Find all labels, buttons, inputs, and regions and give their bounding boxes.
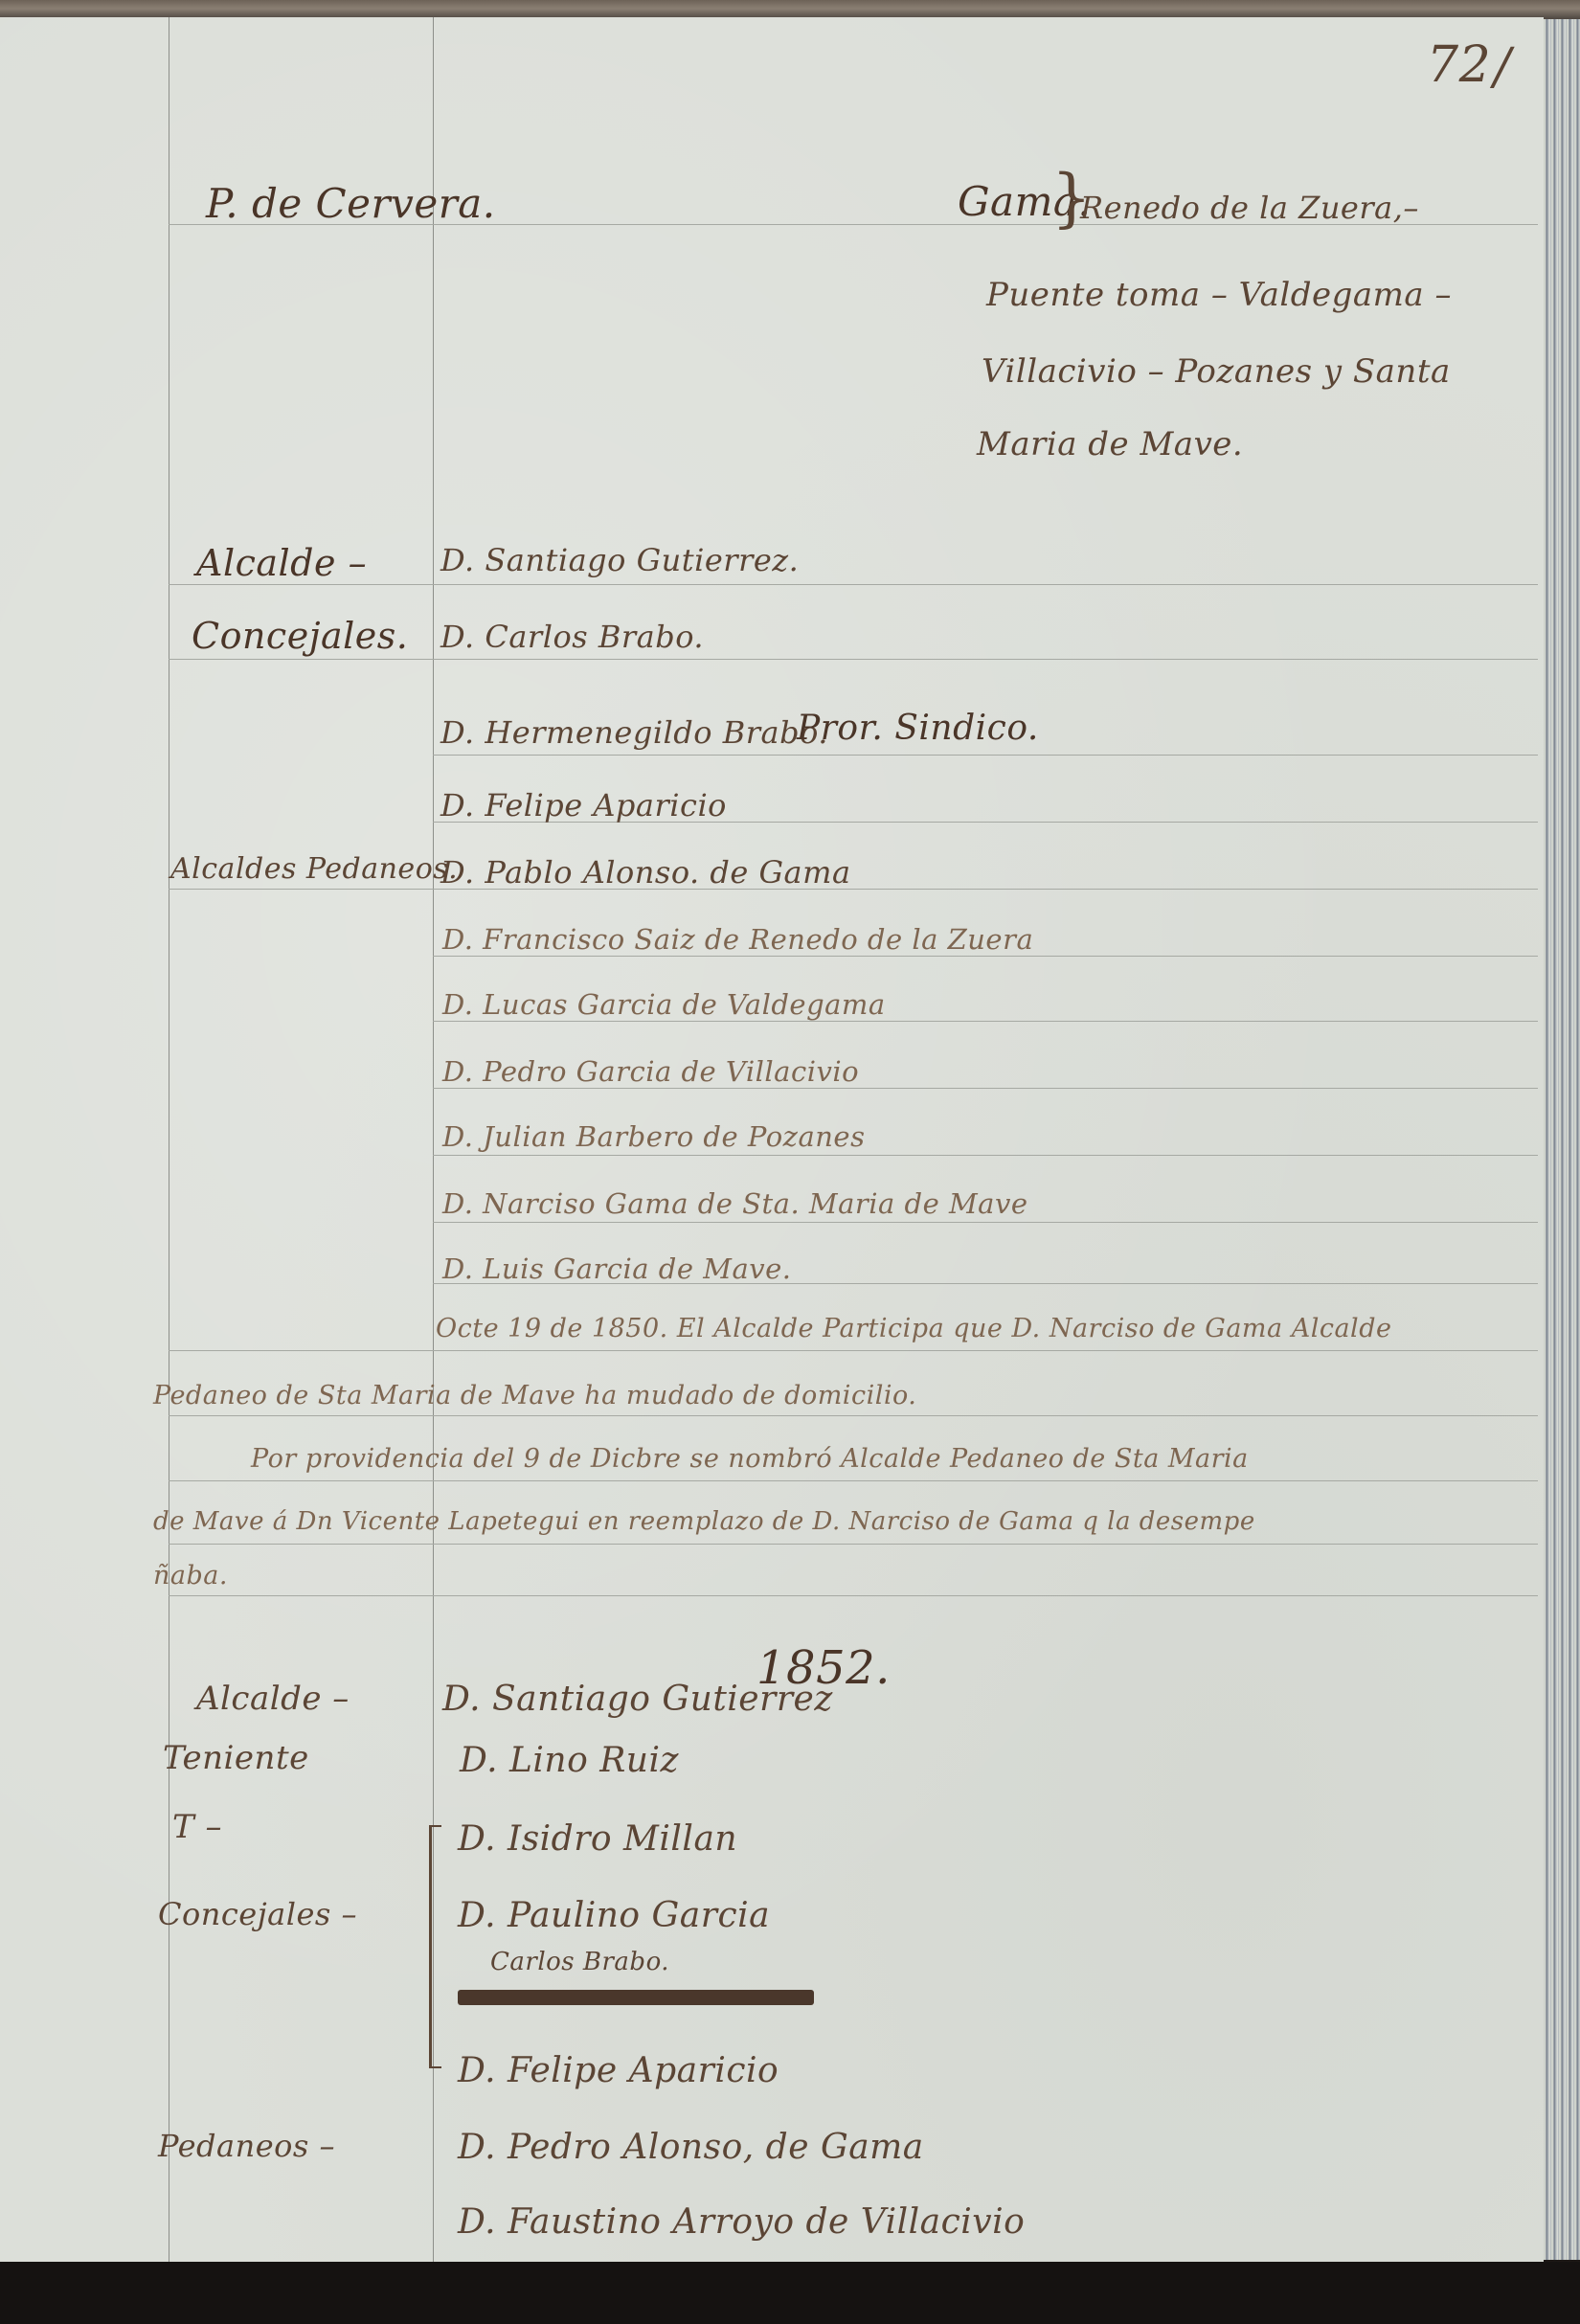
binding-top-edge [0,0,1580,19]
ruled-line [169,1415,1538,1416]
note-line: Pedaneo de Sta Maria de Mave ha mudado d… [153,1381,916,1410]
role-alcalde-1852: Alcalde – [196,1680,350,1718]
official-name: D. Felipe Aparicio [440,787,727,824]
role-concejales-1852: Concejales – [158,1896,357,1932]
role-pedaneos: Pedaneos – [158,2128,335,2164]
villages-line-2: Puente toma – Valdegama – [986,276,1452,314]
official-name-1852: D. Paulino Garcia [458,1896,770,1935]
ruled-line [169,1544,1538,1545]
ruled-line [433,755,1538,756]
note-line: Por providencia del 9 de Dicbre se nombr… [251,1444,1249,1474]
page-number-slash: / [1494,38,1511,96]
official-name-1852: D. Faustino Arroyo de Villacivio [458,2202,1025,2242]
official-name: D. Hermenegildo Brabo. [440,714,828,751]
inserted-name: Carlos Brabo. [490,1948,669,1976]
ruled-line [169,1480,1538,1481]
official-name: D. Carlos Brabo. [440,619,704,655]
note-line: Octe 19 de 1850. El Alcalde Participa qu… [436,1314,1391,1343]
official-name-1852: D. Santiago Gutierrez [442,1680,833,1719]
official-name: D. Santiago Gutierrez. [440,542,799,578]
official-name: D. Pedro Garcia de Villacivio [442,1055,859,1088]
official-name-1852: D. Lino Ruiz [460,1741,679,1780]
official-note-sindico: Pror. Sindico. [797,709,1039,748]
bottom-shadow [0,2262,1580,2324]
official-name: D. Julian Barbero de Pozanes [442,1120,865,1153]
role-alcalde: Alcalde – [196,542,367,584]
ruled-line [169,584,1538,585]
note-line: de Mave á Dn Vicente Lapetegui en reempl… [153,1507,1255,1536]
villages-line-3: Villacivio – Pozanes y Santa [982,352,1451,391]
official-name: D. Pablo Alonso. de Gama [440,854,851,891]
official-name-1852: D. Isidro Millan [458,1819,737,1859]
villages-line-1: Renedo de la Zuera,– [1080,190,1419,226]
district-heading: P. de Cervera. [206,180,496,227]
ruled-line [433,1021,1538,1022]
official-name-1852: D. Pedro Alonso, de Gama [458,2128,924,2167]
role-teniente-2: T – [172,1808,222,1846]
note-line: ñaba. [153,1561,228,1591]
strike-through-bar [458,1990,814,2005]
ruled-line [169,1595,1538,1596]
ruled-line [433,1155,1538,1156]
ruled-line [433,956,1538,957]
ruled-line [169,1350,1538,1351]
official-name: D. Lucas Garcia de Valdegama [442,988,886,1021]
role-concejales: Concejales. [192,615,408,657]
official-name-1852: D. Felipe Aparicio [458,2051,779,2090]
page-number: 72 [1427,36,1491,94]
ruled-line [169,889,1538,890]
ruled-line [169,659,1538,660]
official-name: D. Luis Garcia de Mave. [442,1252,792,1285]
official-name: D. Narciso Gama de Sta. Maria de Mave [442,1187,1028,1220]
official-name: D. Francisco Saiz de Renedo de la Zuera [442,923,1033,956]
ledger-page: 72 / P. de Cervera. Gama. } Renedo de la… [0,17,1544,2269]
ruled-line [433,1222,1538,1223]
role-alcaldes-pedaneos: Alcaldes Pedaneos. [170,852,458,886]
villages-line-4: Maria de Mave. [977,425,1243,463]
ruled-line [433,1088,1538,1089]
role-teniente: Teniente [163,1739,309,1777]
concejales-bracket [429,1825,441,2068]
page-edge-stack [1544,19,1580,2260]
